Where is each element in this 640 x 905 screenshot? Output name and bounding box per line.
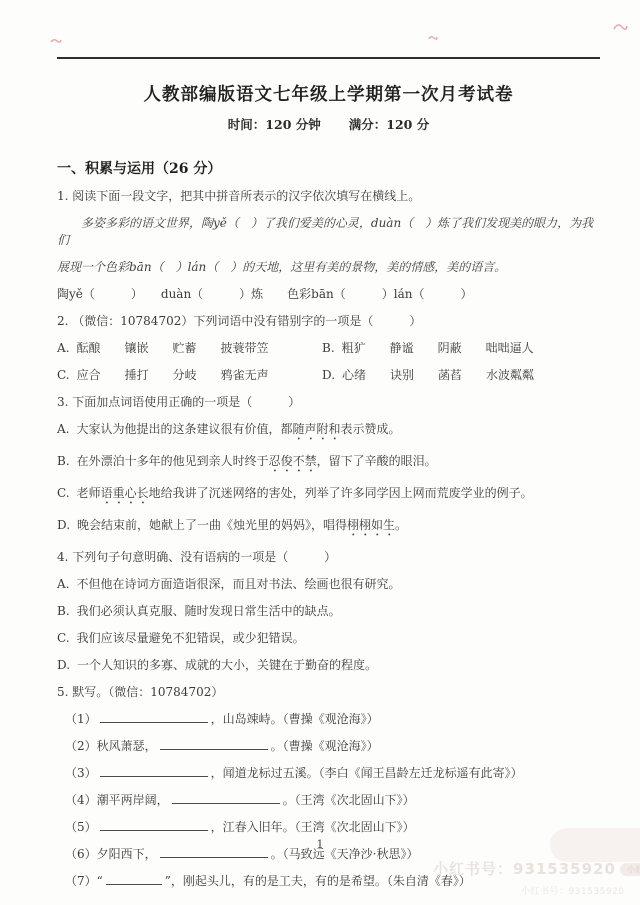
xiaohongshu-badge: 小红书 [620, 863, 640, 876]
exam-paper-page: 人教部编版语文七年级上学期第一次月考试卷 时间：120 分钟满分：120 分 一… [0, 0, 640, 905]
watermark-account-line: 小红书号：931535920小红书 [433, 858, 640, 879]
emphasized-idiom: 忍俊不禁 [269, 454, 317, 468]
q1-passage-line2: 展现一个色彩bān（ ）lán（ ）的天地，这里有美的景物，美的情感，美的语言。 [57, 259, 600, 276]
xiaohongshu-logo-watermark [550, 828, 640, 862]
answer-blank [106, 873, 162, 885]
q4-option-a: A.不但他在诗词方面造诣很深，而且对书法、绘画也很有研究。 [57, 576, 600, 593]
emphasized-idiom: 随声附和 [293, 422, 341, 436]
watermark-account-line-small: 小红书号：931535920 [521, 884, 625, 897]
q3-stem: 3. 下面加点词语使用正确的一项是（ ） [57, 394, 600, 411]
q1-stem: 1. 阅读下面一段文字，把其中拼音所表示的汉字依次填写在横线上。 [57, 188, 600, 205]
q2-option-d: D.心绪 诀别 菡萏 水波粼粼 [322, 367, 534, 384]
page-number: 1 [0, 838, 640, 851]
q1-passage-line1: 多姿多彩的语文世界，陶yě（ ）了我们爱美的心灵，duàn（ ）炼了我们发现美的… [57, 215, 600, 249]
q3-option-b: B.在外漂泊十多年的他见到亲人时终于忍俊不禁，留下了辛酸的眼泪。 [57, 453, 600, 475]
q4-option-d: D.一个人知识的多寡、成就的大小，关键在于勤奋的程度。 [57, 657, 600, 674]
q3-option-d: D.晚会结束前，她献上了一曲《烛光里的妈妈》，唱得栩栩如生。 [57, 517, 600, 539]
red-scribble-mark [428, 34, 438, 43]
q2-stem: 2. （微信：10784702）下列词语中没有错别字的一项是（ ） [57, 313, 600, 330]
q4-option-c: C.我们应该尽量避免不犯错误，或少犯错误。 [57, 630, 600, 647]
time-label: 时间：120 分钟 [228, 117, 321, 132]
q3-option-a: A.大家认为他提出的这条建议很有价值，都随声附和表示赞成。 [57, 421, 600, 443]
dictation-item-5: （5），江春入旧年。（王湾《次北固山下》） [57, 819, 600, 836]
dictation-item-1: （1），山岛竦峙。（曹操《观沧海》） [57, 711, 600, 728]
q1-answer-line: 陶yě（ ） duàn（ ）炼 色彩bān（ ）lán（ ） [57, 286, 600, 303]
answer-blank [100, 819, 208, 831]
q4-stem: 4. 下列句子句意明确、没有语病的一项是（ ） [57, 549, 600, 566]
dictation-item-2: （2）秋风萧瑟，。（曹操《观沧海》） [57, 738, 600, 755]
q2-option-c: C.应合 捶打 分岐 鸦雀无声 [57, 367, 322, 384]
answer-blank [172, 792, 280, 804]
dictation-item-4: （4）潮平两岸阔，。（王湾《次北固山下》） [57, 792, 600, 809]
answer-blank [100, 711, 208, 723]
answer-blank [160, 738, 268, 750]
red-scribble-mark [50, 36, 62, 46]
q2-option-a: A.酝酿 镶嵌 贮蓄 披蓑带笠 [57, 340, 322, 357]
header-rule [57, 57, 600, 59]
emphasized-idiom: 栩栩如生 [347, 518, 395, 532]
score-label: 满分：120 分 [349, 117, 429, 132]
q4-option-b: B.我们必须认真克服、随时发现日常生活中的缺点。 [57, 603, 600, 620]
q2-options-row1: A.酝酿 镶嵌 贮蓄 披蓑带笠 B.粗犷 静谧 阴蔽 咄咄逼人 [57, 340, 600, 357]
dictation-item-3: （3），闻道龙标过五溪。（李白《闻王昌龄左迁龙标遥有此寄》） [57, 765, 600, 782]
q5-stem: 5. 默写。（微信：10784702） [57, 684, 600, 701]
section-heading: 一、积累与运用（26 分） [57, 158, 600, 178]
q3-option-c: C.老师语重心长地给我讲了沉迷网络的害处，列举了许多同学因上网而荒废学业的例子。 [57, 485, 600, 507]
exam-meta: 时间：120 分钟满分：120 分 [57, 115, 600, 133]
page-title: 人教部编版语文七年级上学期第一次月考试卷 [57, 81, 600, 106]
emphasized-idiom: 语重心长 [101, 486, 149, 500]
q2-options-row2: C.应合 捶打 分岐 鸦雀无声 D.心绪 诀别 菡萏 水波粼粼 [57, 367, 600, 384]
q2-option-b: B.粗犷 静谧 阴蔽 咄咄逼人 [322, 340, 534, 357]
red-scribble-mark [612, 20, 628, 34]
answer-blank [100, 765, 208, 777]
